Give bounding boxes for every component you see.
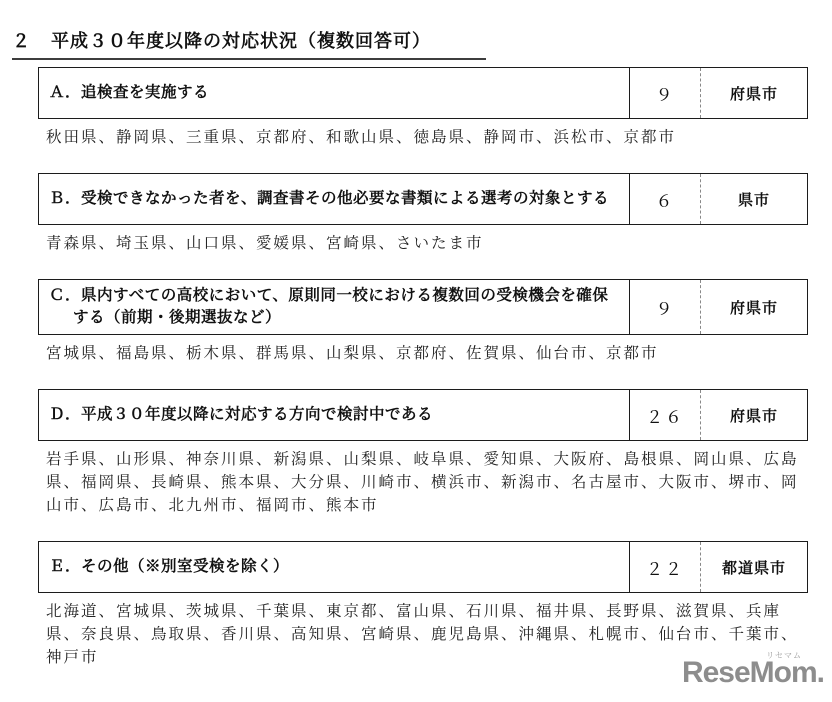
option-unit: 府県市 — [700, 280, 807, 334]
option-label: Ｄ．平成３０年度以降に対応する方向で検討中である — [39, 390, 629, 440]
option-label: Ａ．追検査を実施する — [39, 68, 629, 118]
option-count: ６ — [629, 174, 700, 224]
section-title: 平成３０年度以降の対応状況（複数回答可） — [51, 27, 431, 53]
response-section: Ｂ．受検できなかった者を、調査書その他必要な書類による選考の対象とする ６ 県市… — [38, 173, 808, 255]
member-list: 岩手県、山形県、神奈川県、新潟県、山梨県、岐阜県、愛知県、大阪府、島根県、岡山県… — [46, 448, 806, 517]
document-page: ２ 平成３０年度以降の対応状況（複数回答可） Ａ．追検査を実施する ９ 府県市 … — [0, 0, 832, 702]
response-sections: Ａ．追検査を実施する ９ 府県市 秋田県、静岡県、三重県、京都府、和歌山県、徳島… — [38, 67, 808, 669]
option-row: Ｃ．県内すべての高校において、原則同一校における複数回の受検機会を確保する（前期… — [38, 279, 808, 335]
response-section: Ａ．追検査を実施する ９ 府県市 秋田県、静岡県、三重県、京都府、和歌山県、徳島… — [38, 67, 808, 149]
option-row: Ａ．追検査を実施する ９ 府県市 — [38, 67, 808, 119]
option-unit: 府県市 — [700, 390, 807, 440]
response-section: Ｃ．県内すべての高校において、原則同一校における複数回の受検機会を確保する（前期… — [38, 279, 808, 365]
member-list: 青森県、埼玉県、山口県、愛媛県、宮崎県、さいたま市 — [46, 232, 806, 255]
logo-ruby-text: リセマム — [766, 650, 802, 661]
response-section: Ｄ．平成３０年度以降に対応する方向で検討中である ２６ 府県市 岩手県、山形県、… — [38, 389, 808, 517]
member-list: 秋田県、静岡県、三重県、京都府、和歌山県、徳島県、静岡市、浜松市、京都市 — [46, 126, 806, 149]
option-unit: 県市 — [700, 174, 807, 224]
option-unit: 都道県市 — [700, 542, 807, 592]
option-label-text: Ｅ．その他（※別室受検を除く） — [39, 551, 297, 583]
option-count: ９ — [629, 280, 700, 334]
option-label-text: Ａ．追検査を実施する — [39, 77, 217, 109]
option-label-text: Ｃ．県内すべての高校において、原則同一校における複数回の受検機会を確保する（前期… — [39, 280, 629, 334]
option-row: Ｄ．平成３０年度以降に対応する方向で検討中である ２６ 府県市 — [38, 389, 808, 441]
logo-text: ReseMom. — [682, 656, 824, 689]
member-list: 宮城県、福島県、栃木県、群馬県、山梨県、京都府、佐賀県、仙台市、京都市 — [46, 342, 806, 365]
section-number: ２ — [12, 27, 31, 53]
resemom-logo: リセマム ReseMom. — [682, 644, 824, 700]
section-heading: ２ 平成３０年度以降の対応状況（複数回答可） — [12, 27, 486, 60]
option-row: Ｂ．受検できなかった者を、調査書その他必要な書類による選考の対象とする ６ 県市 — [38, 173, 808, 225]
option-count: ２２ — [629, 542, 700, 592]
option-unit: 府県市 — [700, 68, 807, 118]
option-label-text: Ｄ．平成３０年度以降に対応する方向で検討中である — [39, 399, 441, 431]
option-row: Ｅ．その他（※別室受検を除く） ２２ 都道県市 — [38, 541, 808, 593]
option-count: ２６ — [629, 390, 700, 440]
option-count: ９ — [629, 68, 700, 118]
option-label: Ｂ．受検できなかった者を、調査書その他必要な書類による選考の対象とする — [39, 174, 629, 224]
option-label: Ｃ．県内すべての高校において、原則同一校における複数回の受検機会を確保する（前期… — [39, 280, 629, 334]
option-label: Ｅ．その他（※別室受検を除く） — [39, 542, 629, 592]
option-label-text: Ｂ．受検できなかった者を、調査書その他必要な書類による選考の対象とする — [39, 183, 617, 215]
